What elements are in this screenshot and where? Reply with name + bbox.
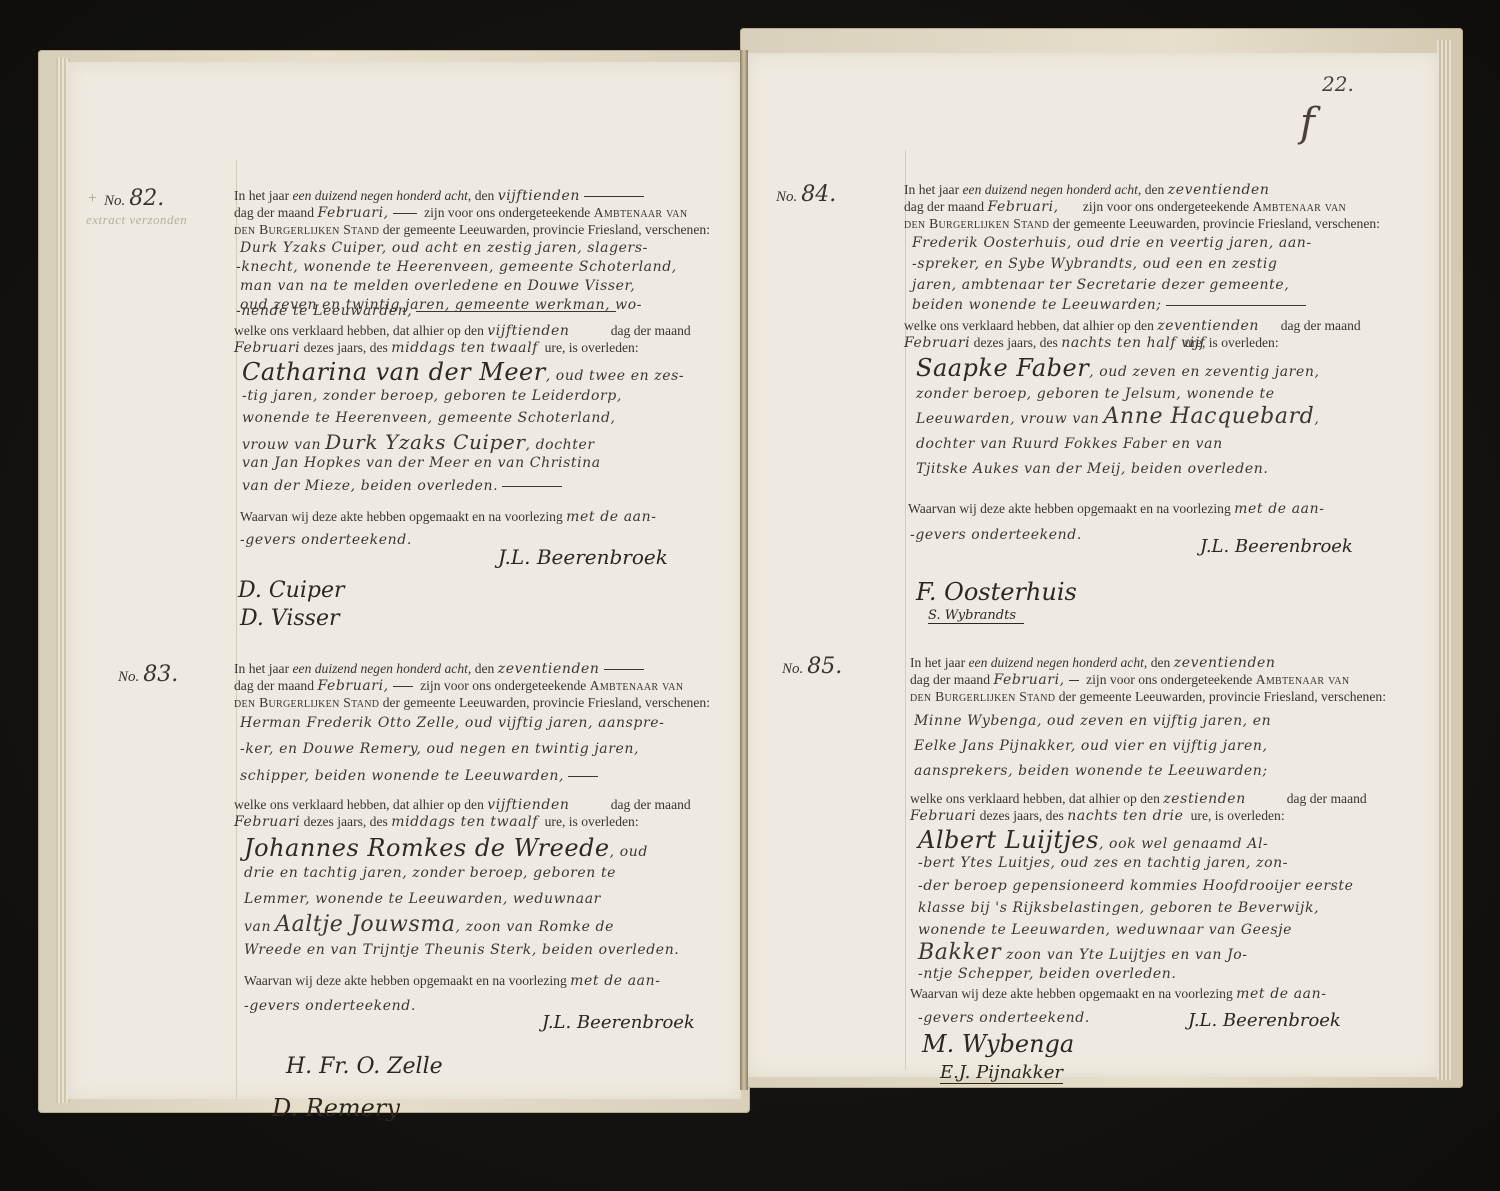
declarant-line: jaren, ambtenaar ter Secretarie dezer ge…: [912, 277, 1289, 293]
intro-line-3: den Burgerlijken Stand der gemeente Leeu…: [234, 221, 710, 238]
witness-signature: M. Wybenga: [922, 1030, 1074, 1058]
intro-line-1: In het jaar een duizend negen honderd ac…: [234, 660, 648, 678]
deceased-line: drie en tachtig jaren, zonder beroep, ge…: [244, 865, 616, 881]
intro-line-3: den Burgerlijken Stand der gemeente Leeu…: [234, 694, 710, 711]
declarant-line: Herman Frederik Otto Zelle, oud vijftig …: [240, 715, 665, 731]
witness-signature: D. Cuiper: [238, 578, 345, 603]
closing-line-2: -gevers onderteekend.: [910, 527, 1082, 543]
entry-number-value: 82.: [129, 186, 164, 211]
margin-note: extract verzonden: [86, 212, 187, 228]
declarant-line: Frederik Oosterhuis, oud drie en veertig…: [912, 235, 1312, 251]
closing-line-2: -gevers onderteekend.: [918, 1010, 1090, 1026]
right-margin-rule: [905, 150, 906, 1070]
declarant-line: -spreker, en Sybe Wybrandts, oud een en …: [912, 256, 1277, 272]
declarant-line: Eelke Jans Pijnakker, oud vier en vijfti…: [914, 738, 1268, 754]
left-margin-rule: [236, 160, 237, 1100]
witness-signature: S. Wybrandts: [928, 608, 1024, 624]
official-signature: J.L. Beerenbroek: [1200, 536, 1353, 557]
spouse-name: Durk Yzaks Cuiper: [325, 430, 525, 454]
deceased-name: Saapke Faber: [916, 354, 1089, 382]
declarant-line: -ker, en Douwe Remery, oud negen en twin…: [240, 741, 639, 757]
parents-line: van Jan Hopkes van der Meer en van Chris…: [242, 455, 601, 471]
time-line: Februari dezes jaars, des nachts ten dri…: [910, 807, 1285, 825]
deceased-line: Catharina van der Meer, oud twee en zes-: [242, 358, 684, 386]
spouse-name: Anne Hacquebard: [1103, 404, 1314, 429]
deceased-line: zonder beroep, geboren te Jelsum, wonend…: [916, 386, 1275, 402]
parents-line: dochter van Ruurd Fokkes Faber en van: [916, 436, 1223, 452]
spouse-line: van Aaltje Jouwsma, zoon van Romke de: [244, 912, 614, 937]
entry-number: No.84.: [776, 182, 836, 207]
intro-line-2: dag der maand Februari, zijn voor ons on…: [904, 198, 1346, 216]
margin-plus-mark: +: [88, 190, 97, 208]
time-line: Februari dezes jaars, des nachts ten hal…: [904, 334, 1279, 352]
book-spine: [740, 50, 748, 1090]
intro-line-2: dag der maand Februari, zijn voor ons on…: [234, 204, 687, 222]
declaration-line: welke ons verklaard hebben, dat alhier o…: [910, 790, 1367, 808]
spouse-line: Bakker zoon van Yte Luijtjes en van Jo-: [918, 940, 1248, 965]
closing-line: Waarvan wij deze akte hebben opgemaakt e…: [244, 972, 661, 990]
closing-line-2: -gevers onderteekend.: [240, 532, 412, 548]
deceased-line: Lemmer, wonende te Leeuwarden, weduwnaar: [244, 891, 601, 907]
spouse-name: Aaltje Jouwsma: [275, 912, 455, 937]
declaration-line: welke ons verklaard hebben, dat alhier o…: [234, 322, 691, 340]
spouse-name: Bakker: [918, 940, 1001, 965]
closing-line: Waarvan wij deze akte hebben opgemaakt e…: [908, 500, 1325, 518]
closing-line: Waarvan wij deze akte hebben opgemaakt e…: [240, 508, 657, 526]
no-label: No.: [104, 193, 125, 209]
deceased-name: Albert Luijtjes: [918, 826, 1099, 854]
folio-number: 22.: [1322, 72, 1354, 96]
official-signature: J.L. Beerenbroek: [1188, 1010, 1341, 1031]
intro-line-2: dag der maand Februari, zijn voor ons on…: [234, 677, 683, 695]
day-written: vijftienden: [498, 188, 580, 204]
parents-line: van der Mieze, beiden overleden.: [242, 477, 566, 495]
declarant-line-final: -nende te Leeuwarden,: [236, 302, 620, 320]
witness-signature: H. Fr. O. Zelle: [286, 1054, 443, 1079]
intro-line-1: In het jaar een duizend negen honderd ac…: [910, 654, 1276, 672]
entry-number: No.85.: [782, 654, 842, 679]
day-written: zeventienden: [498, 661, 600, 677]
parents-line: -ntje Schepper, beiden overleden.: [918, 966, 1176, 982]
declarant-line: Durk Yzaks Cuiper, oud acht en zestig ja…: [240, 240, 648, 256]
deceased-line: Albert Luijtjes, ook wel genaamd Al-: [918, 826, 1268, 854]
deceased-line: -bert Ytes Luitjes, oud zes en tachtig j…: [918, 855, 1288, 871]
intro-line-2: dag der maand Februari, zijn voor ons on…: [910, 671, 1349, 689]
official-signature: J.L. Beerenbroek: [498, 545, 668, 569]
witness-signature: E.J. Pijnakker: [940, 1062, 1063, 1084]
intro-line-3: den Burgerlijken Stand der gemeente Leeu…: [904, 215, 1380, 232]
deceased-line: wonende te Heerenveen, gemeente Schoterl…: [242, 410, 616, 426]
deceased-name: Catharina van der Meer: [242, 358, 546, 386]
deceased-line: Saapke Faber, oud zeven en zeventig jare…: [916, 354, 1320, 382]
deceased-line: -der beroep gepensioneerd kommies Hoofdr…: [918, 878, 1354, 894]
intro-line-1: In het jaar een duizend negen honderd ac…: [904, 181, 1270, 199]
declarant-line: beiden wonende te Leeuwarden;: [912, 296, 1310, 314]
deceased-line: wonende te Leeuwarden, weduwnaar van Gee…: [918, 922, 1292, 938]
deceased-line: Johannes Romkes de Wreede, oud: [244, 834, 648, 862]
intro-line-1: In het jaar een duizend negen honderd ac…: [234, 187, 648, 205]
declaration-line: welke ons verklaard hebben, dat alhier o…: [904, 317, 1361, 335]
spouse-line: vrouw van Durk Yzaks Cuiper, dochter: [242, 430, 595, 454]
intro-line-3: den Burgerlijken Stand der gemeente Leeu…: [910, 688, 1386, 705]
time-line: Februari dezes jaars, des middags ten tw…: [234, 813, 639, 831]
closing-line-2: -gevers onderteekend.: [244, 998, 416, 1014]
witness-signature: F. Oosterhuis: [916, 578, 1077, 606]
deceased-line: klasse bij 's Rijksbelastingen, geboren …: [918, 900, 1319, 916]
deceased-name: Johannes Romkes de Wreede: [244, 834, 610, 862]
spouse-line: Leeuwarden, vrouw van Anne Hacquebard,: [916, 404, 1319, 429]
declarant-line: man van na te melden overledene en Douwe…: [240, 278, 635, 294]
death-time: middags ten twaalf: [391, 340, 541, 357]
closing-line: Waarvan wij deze akte hebben opgemaakt e…: [910, 985, 1327, 1003]
death-day: vijftienden: [487, 323, 607, 340]
parents-line: Wreede en van Trijntje Theunis Sterk, be…: [244, 942, 679, 958]
entry-number: No.83.: [118, 662, 178, 687]
official-signature: J.L. Beerenbroek: [542, 1012, 695, 1033]
deceased-line: -tig jaren, zonder beroep, geboren te Le…: [242, 388, 622, 404]
witness-signature: D. Visser: [240, 606, 340, 631]
declarant-line: -knecht, wonende te Heerenveen, gemeente…: [236, 259, 677, 275]
declarant-line: Minne Wybenga, oud zeven en vijftig jare…: [914, 713, 1271, 729]
folio-mark: f: [1300, 100, 1315, 146]
declarant-line: aansprekers, beiden wonende te Leeuwarde…: [914, 763, 1268, 779]
declaration-line: welke ons verklaard hebben, dat alhier o…: [234, 796, 691, 814]
declarant-line: schipper, beiden wonende te Leeuwarden,: [240, 767, 602, 785]
time-line: Februari dezes jaars, des middags ten tw…: [234, 339, 639, 357]
witness-signature: D. Remery: [272, 1094, 400, 1122]
page-edges-right: [1437, 40, 1451, 1080]
month-written: Februari,: [317, 205, 388, 221]
entry-number: No.82.: [104, 186, 164, 211]
parents-line: Tjitske Aukes van der Meij, beiden overl…: [916, 461, 1268, 477]
